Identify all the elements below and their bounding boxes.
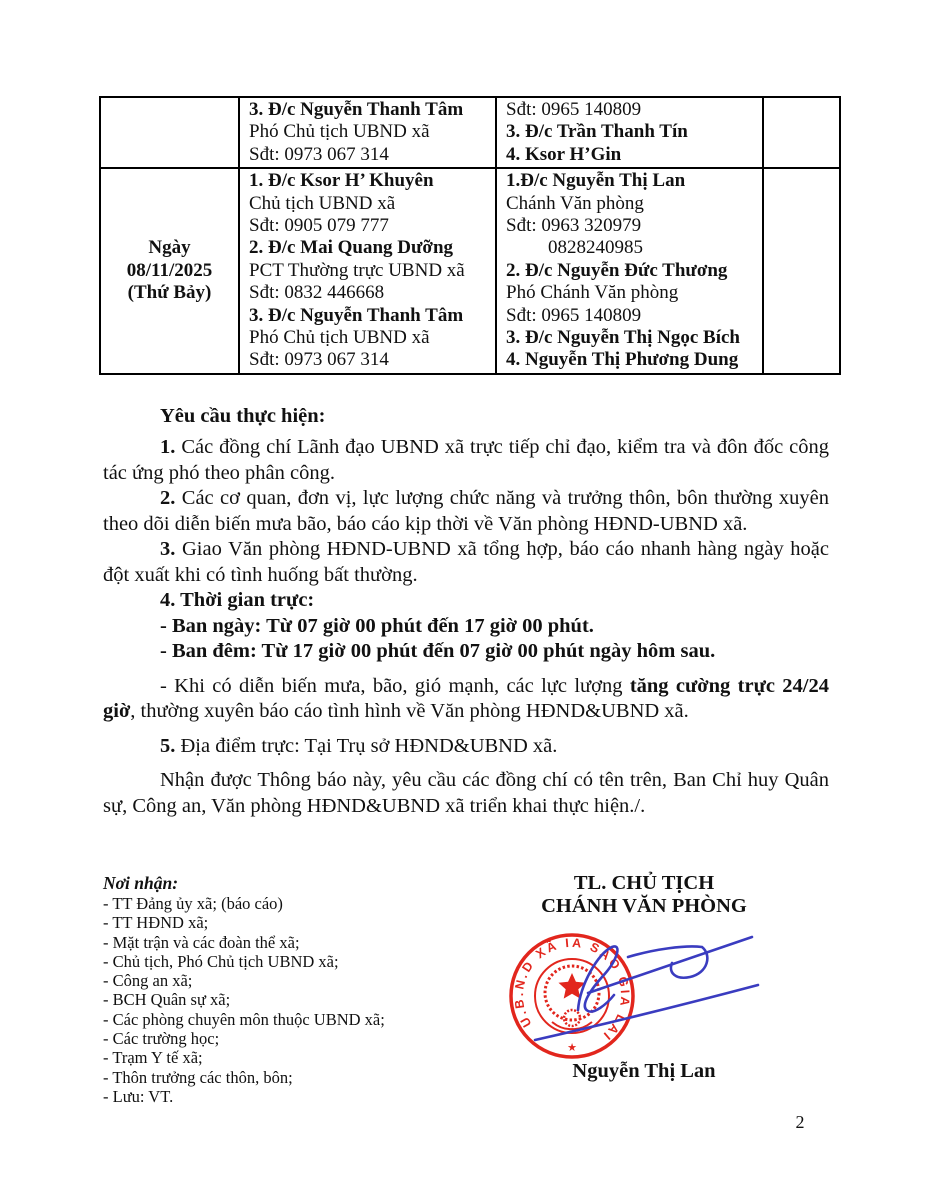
table-cell-line: Sđt: 0905 079 777: [249, 215, 491, 237]
table-cell-line: Sđt: 0973 067 314: [249, 349, 491, 371]
recipient-item: - Thôn trưởng các thôn, bôn;: [103, 1068, 433, 1087]
table-cell-line: Phó Chánh Văn phòng: [506, 282, 758, 304]
cell-leaders: 3. Đ/c Nguyễn Thanh TâmPhó Chủ tịch UBND…: [239, 97, 496, 168]
table-cell-line: (Thứ Bảy): [103, 282, 236, 304]
table-cell-line: 3. Đ/c Nguyễn Thị Ngọc Bích: [506, 327, 758, 349]
requirements-section: Yêu cầu thực hiện: 1. Các đồng chí Lãnh …: [103, 403, 829, 819]
recipient-item: - Trạm Y tế xã;: [103, 1048, 433, 1067]
cell-date: [100, 97, 239, 168]
cell-office-staff: 1.Đ/c Nguyễn Thị LanChánh Văn phòngSđt: …: [496, 168, 763, 374]
table-cell-line: 4. Ksor H’Gin: [506, 144, 758, 166]
body-paragraph: 3. Giao Văn phòng HĐND-UBND xã tổng hợp,…: [103, 537, 829, 588]
table-cell-line: 4. Nguyễn Thị Phương Dung: [506, 349, 758, 371]
body-paragraph: - Ban đêm: Từ 17 giờ 00 phút đến 07 giờ …: [103, 639, 829, 665]
table-cell-line: 3. Đ/c Trần Thanh Tín: [506, 121, 758, 143]
table-cell-line: Sđt: 0965 140809: [506, 305, 758, 327]
cell-leaders: 1. Đ/c Ksor H’ KhuyênChủ tịch UBND xãSđt…: [239, 168, 496, 374]
recipient-item: - Các phòng chuyên môn thuộc UBND xã;: [103, 1010, 433, 1029]
table-cell-line: Chủ tịch UBND xã: [249, 193, 491, 215]
recipient-item: - Các trường học;: [103, 1029, 433, 1048]
table-cell-line: Sđt: 0832 446668: [249, 282, 491, 304]
table-cell-line: 08/11/2025: [103, 260, 236, 282]
signature-block: TL. CHỦ TỊCH CHÁNH VĂN PHÒNG: [455, 872, 833, 918]
page-number: 2: [760, 1112, 840, 1133]
table-cell-line: Chánh Văn phòng: [506, 193, 758, 215]
table-row: Ngày08/11/2025(Thứ Bảy) 1. Đ/c Ksor H’ K…: [100, 168, 840, 374]
table-cell-line: Ngày: [103, 237, 236, 259]
table-cell-line: 3. Đ/c Nguyễn Thanh Tâm: [249, 99, 491, 121]
recipient-item: - TT HĐND xã;: [103, 913, 433, 932]
body-paragraph: 4. Thời gian trực:: [103, 588, 829, 614]
table-cell-line: 2. Đ/c Mai Quang Dưỡng: [249, 237, 491, 259]
body-paragraph: 2. Các cơ quan, đơn vị, lực lượng chức n…: [103, 486, 829, 537]
recipient-item: - Mặt trận và các đoàn thể xã;: [103, 933, 433, 952]
recipients-block: Nơi nhận: - TT Đảng ủy xã; (báo cáo)- TT…: [103, 873, 433, 1106]
recipient-item: - Chủ tịch, Phó Chủ tịch UBND xã;: [103, 952, 433, 971]
recipient-item: - Lưu: VT.: [103, 1087, 433, 1106]
signer-name: Nguyễn Thị Lan: [455, 1060, 833, 1083]
body-paragraph: - Khi có diễn biến mưa, bão, gió mạnh, c…: [103, 674, 829, 725]
recipient-item: - TT Đảng ủy xã; (báo cáo): [103, 894, 433, 913]
table-cell-line: 3. Đ/c Nguyễn Thanh Tâm: [249, 305, 491, 327]
table-cell-line: 2. Đ/c Nguyễn Đức Thương: [506, 260, 758, 282]
table-cell-line: Sđt: 0965 140809: [506, 99, 758, 121]
table-cell-line: 1.Đ/c Nguyễn Thị Lan: [506, 170, 758, 192]
requirements-heading: Yêu cầu thực hiện:: [160, 403, 829, 429]
table-cell-line: 1. Đ/c Ksor H’ Khuyên: [249, 170, 491, 192]
body-paragraph: - Ban ngày: Từ 07 giờ 00 phút đến 17 giờ…: [103, 614, 829, 640]
recipient-item: - BCH Quân sự xã;: [103, 990, 433, 1009]
table-cell-line: Phó Chủ tịch UBND xã: [249, 327, 491, 349]
body-paragraph: 1. Các đồng chí Lãnh đạo UBND xã trực ti…: [103, 435, 829, 486]
cell-notes: [763, 97, 840, 168]
recipients-list: - TT Đảng ủy xã; (báo cáo)- TT HĐND xã;-…: [103, 894, 433, 1106]
recipients-label: Nơi nhận:: [103, 873, 433, 894]
signer-authority-title: TL. CHỦ TỊCH: [455, 872, 833, 895]
body-paragraph: 5. Địa điểm trực: Tại Trụ sở HĐND&UBND x…: [103, 734, 829, 760]
table-cell-line: Phó Chủ tịch UBND xã: [249, 121, 491, 143]
duty-schedule-table: 3. Đ/c Nguyễn Thanh TâmPhó Chủ tịch UBND…: [99, 96, 841, 375]
table-row: 3. Đ/c Nguyễn Thanh TâmPhó Chủ tịch UBND…: [100, 97, 840, 168]
cell-notes: [763, 168, 840, 374]
table-cell-line: PCT Thường trực UBND xã: [249, 260, 491, 282]
table-cell-line: Sđt: 0963 320979: [506, 215, 758, 237]
cell-office-staff: Sđt: 0965 1408093. Đ/c Trần Thanh Tín4. …: [496, 97, 763, 168]
document-page: 3. Đ/c Nguyễn Thanh TâmPhó Chủ tịch UBND…: [0, 0, 927, 1200]
recipient-item: - Công an xã;: [103, 971, 433, 990]
requirements-paragraphs: 1. Các đồng chí Lãnh đạo UBND xã trực ti…: [103, 435, 829, 819]
table-cell-line: 0828240985: [506, 237, 758, 259]
cell-date: Ngày08/11/2025(Thứ Bảy): [100, 168, 239, 374]
handwritten-signature: [480, 915, 780, 1065]
table-cell-line: Sđt: 0973 067 314: [249, 144, 491, 166]
body-paragraph: Nhận được Thông báo này, yêu cầu các đồn…: [103, 768, 829, 819]
